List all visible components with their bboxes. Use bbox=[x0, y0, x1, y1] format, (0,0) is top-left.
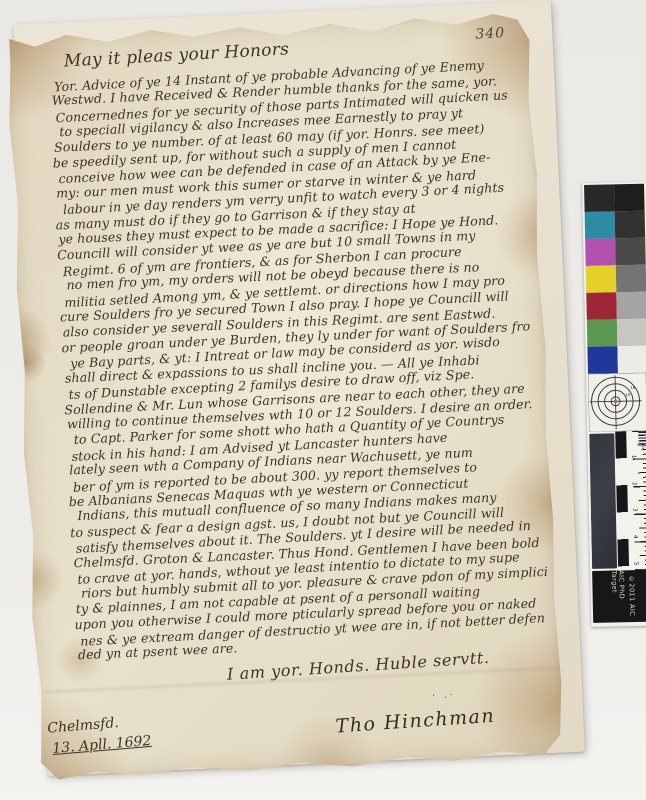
target-title: AIC PhD Target bbox=[610, 570, 625, 622]
calibration-target: 16 10 6 12345 Metric AIC PhD Target ©201… bbox=[582, 182, 646, 627]
patch-row bbox=[586, 265, 646, 293]
ink-marks: · .· bbox=[432, 690, 456, 701]
patch-row bbox=[587, 319, 646, 347]
patch-row bbox=[584, 184, 645, 212]
gray-patch bbox=[617, 346, 646, 374]
patch-row bbox=[585, 211, 646, 239]
gray-patch bbox=[616, 265, 646, 293]
resolution-stripes bbox=[638, 432, 646, 444]
gray-patch bbox=[614, 184, 645, 212]
ruler-number: 5 bbox=[632, 561, 638, 565]
color-patch bbox=[585, 211, 616, 239]
patch-row bbox=[587, 346, 646, 374]
place-line: Chelmsfd. bbox=[47, 715, 120, 737]
color-patches bbox=[584, 184, 646, 374]
metric-ruler: 12345 Metric bbox=[589, 431, 646, 571]
bullseye-number: 16 bbox=[630, 386, 635, 390]
target-copyright: ©2011 AIC bbox=[627, 575, 635, 616]
color-patch bbox=[586, 265, 617, 293]
color-patch bbox=[586, 292, 617, 320]
bullseye-rings bbox=[588, 373, 646, 432]
gloss-patch bbox=[589, 433, 617, 568]
ruler-number: 1 bbox=[630, 455, 636, 459]
patch-row bbox=[585, 238, 646, 266]
signature: Tho Hinchman bbox=[335, 705, 496, 738]
gray-patch bbox=[615, 211, 646, 239]
photograph: 340 May it pleas your Honors Yor. Advice… bbox=[0, 0, 646, 800]
ruler-number: 4 bbox=[631, 535, 637, 539]
manuscript-letter: 340 May it pleas your Honors Yor. Advice… bbox=[3, 10, 566, 782]
color-patch bbox=[587, 319, 618, 347]
letter-content: May it pleas your Honors Yor. Advice of … bbox=[3, 10, 561, 691]
gray-patch bbox=[616, 292, 646, 320]
ruler-number: 3 bbox=[631, 508, 637, 512]
ruler-number: 2 bbox=[630, 482, 636, 486]
color-patch bbox=[585, 238, 616, 266]
color-patch bbox=[587, 346, 618, 374]
gray-patch bbox=[617, 319, 646, 347]
color-patch bbox=[584, 184, 615, 212]
letter-body: Yor. Advice of ye 14 Instant of ye proba… bbox=[49, 57, 544, 664]
bullseye-number: 10 bbox=[625, 393, 630, 397]
target-footer: AIC PhD Target ©2011 AIC bbox=[592, 570, 646, 623]
date-line: 13. Apll. 1692 bbox=[52, 733, 152, 757]
patch-row bbox=[586, 292, 646, 320]
bullseye-target: 16 10 6 bbox=[588, 373, 646, 432]
gray-patch bbox=[615, 238, 646, 266]
